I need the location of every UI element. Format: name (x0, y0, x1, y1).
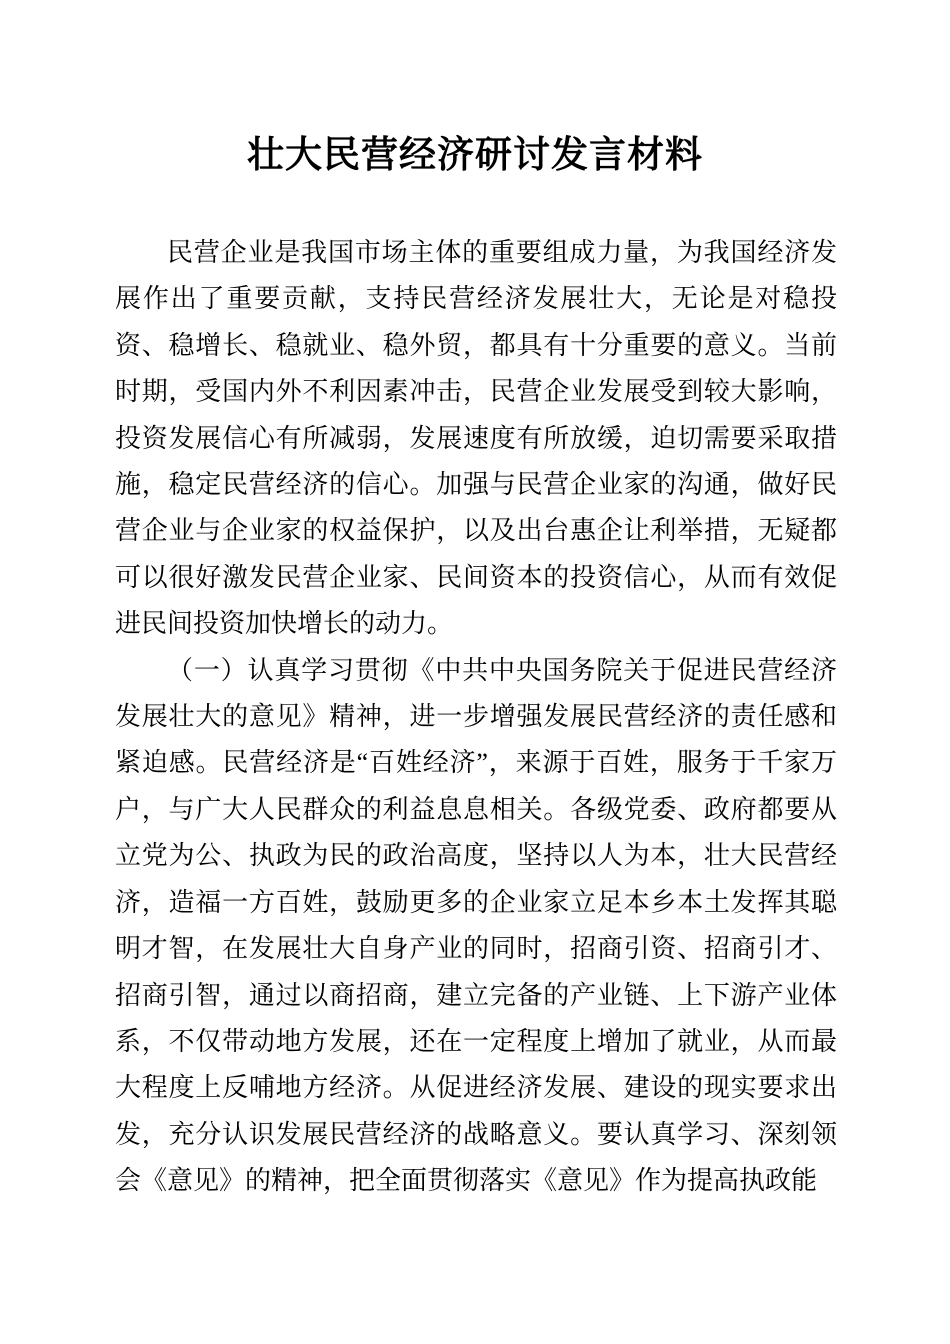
paragraph-intro: 民营企业是我国市场主体的重要组成力量，为我国经济发展作出了重要贡献，支持民营经济… (115, 230, 837, 648)
document-body: 民营企业是我国市场主体的重要组成力量，为我国经济发展作出了重要贡献，支持民营经济… (115, 230, 837, 1205)
document-page: 壮大民营经济研讨发言材料 民营企业是我国市场主体的重要组成力量，为我国经济发展作… (0, 0, 950, 1344)
document-title: 壮大民营经济研讨发言材料 (0, 0, 950, 177)
paragraph-section-one: （一）认真学习贯彻《中共中央国务院关于促进民营经济发展壮大的意见》精神，进一步增… (115, 648, 837, 1205)
